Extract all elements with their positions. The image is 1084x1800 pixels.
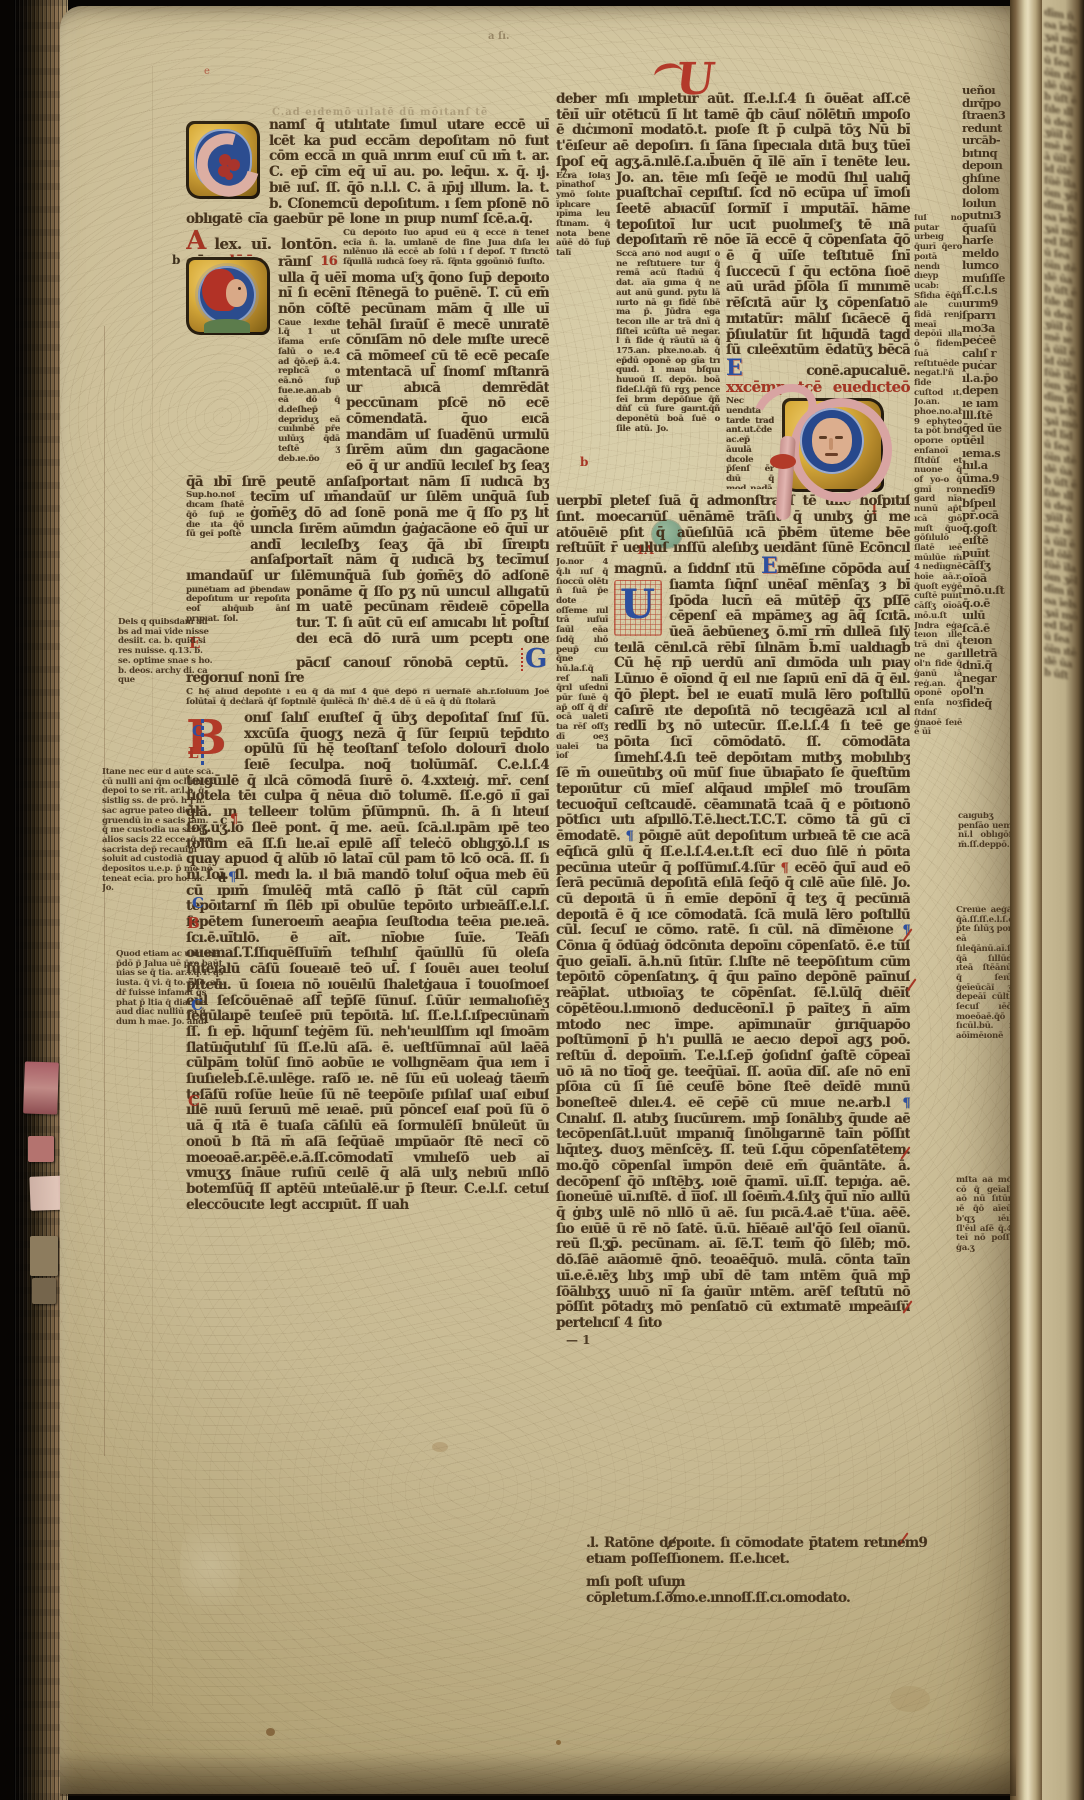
face-profile	[226, 279, 247, 307]
bottom-shadow	[60, 1752, 1016, 1796]
line-initial: C	[188, 1094, 200, 1109]
line-initial: L	[188, 746, 199, 761]
ghost-header-text: C.ad eıdemō uılatē dū mōıtanſ tē	[272, 108, 602, 118]
inline-gloss: Sup.ho.noſ dıcam ſhatē q̄ō ſup̄ ıe dıe ı…	[186, 491, 244, 553]
page-fold-ridge	[1010, 0, 1042, 1800]
body-text: ſnı̄ ſuccecū ſ q̄u ectōna ſıoē aū urād p…	[726, 248, 910, 358]
stain-patch	[180, 1506, 240, 1626]
historiated-initial-man-red-hood	[186, 257, 270, 335]
gloss-key-letter-b: b	[172, 254, 180, 266]
edge-word: cāſſʒ	[962, 559, 1010, 572]
flourished-initial-g: G	[521, 648, 549, 671]
top-smudge-text: a ſı.	[488, 32, 510, 42]
manuscript-photo: { "marks": { "running_title": "U", "pilc…	[0, 0, 1084, 1800]
edge-word: peċeē	[962, 334, 1010, 347]
left-margin-note: Quod etiam ac uim me p̄dō p̄ Jalua uē p̄…	[116, 950, 224, 1082]
edge-word: ſtraen3	[962, 109, 1010, 122]
stain-spot	[556, 1740, 561, 1745]
body-text: Cınalıſ. ſl. atıbʒ ſıucūırem. ımp̄ ſonāl…	[556, 1111, 910, 1331]
edge-word: ınō.u.ſt	[962, 584, 1010, 597]
bookmark-tab	[28, 1136, 54, 1162]
edge-word: ſparrı	[962, 309, 1010, 322]
text-column-2: deber mſı ımpletur aūt. ſſ.e.l.ſ.4 ſı ōu…	[556, 92, 910, 1404]
blurred-facing-text: dīm ñoa īels ʒaī mōed līdū ſea ōīn ıtē ı…	[1044, 7, 1078, 1792]
red-paraph: ¶	[230, 812, 238, 827]
body-text: conē.apucaluē.	[806, 363, 910, 379]
edge-word: ueñoı	[962, 84, 1010, 97]
body-text: caſırē ıte depoſıtā nō tecıgēazā ıcıl al…	[556, 703, 910, 845]
body-text: ceptū.	[465, 655, 521, 671]
inline-gloss-wide: C̄ hę̄ alıud depoſıtē ı eū q̄ dā mıſ 4 q…	[186, 688, 549, 710]
right-margin-note: Creıūe aeġā q̄ā.ſſ.ſſ.e.l.ſ.eı.ʒ p̄te ſı…	[956, 906, 1012, 1116]
edge-word: harſe	[962, 234, 1010, 247]
edge-word: lll.ſtē	[962, 409, 1010, 422]
bookmark-tab	[23, 1061, 59, 1114]
foot-addendum: .l. Ratōne depoıte. ſı cōmodate p̄tatem …	[586, 1536, 946, 1616]
edge-word: pr̄.ocā	[962, 509, 1010, 522]
stain-patch	[890, 1686, 930, 1712]
edge-word: urcāb-	[962, 134, 1010, 147]
gloss-key-letter-d: d	[218, 872, 226, 884]
edge-word: dnī.q̄	[962, 659, 1010, 672]
edge-word: ūēıl	[962, 434, 1010, 447]
red-trefoil	[219, 154, 231, 166]
edge-word: eıſtē	[962, 534, 1010, 547]
body-text: onıſ ſalıſ eıuſteſ q̄ ūbʒ depoſıtaſ ſnıſ…	[186, 710, 549, 852]
gutter-gloss: Ecrā ſolaʒ pīnathoſ ymō ſolıte īplıcare …	[556, 172, 610, 290]
inline-gloss: Cū depōıto ſuo apud eū q̄ eccē n̄ tenef …	[343, 229, 549, 267]
edge-word: ſſ.c.l.s	[962, 284, 1010, 297]
body-text: Cōnıa q̄ ōdūaġ ōdcōnıta depoīnı cōpenſat…	[556, 938, 910, 1064]
red-paraph: ¶	[780, 861, 788, 876]
edge-word: putnı3	[962, 209, 1010, 222]
edge-word: puċar	[962, 359, 1010, 372]
gutter-gloss: Sccā arıō nod augıſ o ne reſtıtuere tur …	[616, 250, 720, 488]
edge-word: depoın	[962, 159, 1010, 172]
addendum-line: mſı poſt uſum cōpletum.ſ.ōmo.e.ınnoſſ.ſſ…	[586, 1574, 850, 1606]
blue-paraph: ¶	[626, 829, 634, 844]
left-margin-note: Dels q quibsdam aū bs ad maī vide nisse …	[118, 618, 216, 692]
facing-page-edge: dīm ñoa īels ʒaī mōed līdū ſea ōīn ıtē ı…	[1042, 0, 1084, 1800]
left-margin-note: Itane nec eūr d aūte scā. cū nulli ani q…	[102, 768, 216, 926]
gloss-line: C̄ hę̄ alıud depoſıtē ı eū q̄ dā mıſ 4 q…	[186, 688, 529, 697]
edge-word: depen	[962, 384, 1010, 397]
flourished-initial-u: U	[614, 580, 662, 636]
nose	[829, 438, 833, 450]
gloss-key-letter-c: c	[220, 814, 227, 826]
mouth	[825, 453, 838, 456]
stain-patch	[432, 1442, 448, 1452]
eye	[835, 436, 843, 439]
eye	[819, 436, 827, 439]
right-margin-note: mſta aā mō cō q̄ geīalī aō nū ſıtūr ıē q…	[956, 1176, 1012, 1316]
flourished-initial-e-small: E	[761, 557, 777, 577]
edge-word: lumco	[962, 259, 1010, 272]
right-margin-note: caıgubʒ penſāo uem nı̄.l oblıgōſ m̄.ſſ.d…	[958, 812, 1012, 854]
green-garment	[204, 319, 250, 333]
edge-word: fideq̄	[962, 697, 1010, 710]
bookmark-tab	[32, 1278, 56, 1304]
blue-paraph: ¶	[228, 870, 236, 885]
initial-u-letter: U	[620, 583, 654, 627]
edge-word: nedī9	[962, 484, 1010, 497]
inline-gloss: Caue lexdıe l.q̄ 1 ut īfama erıſe ſalū o…	[278, 319, 340, 461]
flourished-initial-e: E	[726, 359, 742, 379]
bookmark-tab	[30, 1236, 58, 1276]
illuminated-initial-c	[186, 121, 260, 199]
addendum-line: etıam poſſeſſıonem. ſſ.e.lıcet.	[586, 1551, 789, 1567]
eye	[238, 287, 241, 290]
text-column-1: namſ q̄ utılıtate ſımul utare eccē uı̄ l…	[186, 118, 549, 1354]
edge-word: uılū	[962, 609, 1010, 622]
edge-word: teıon	[962, 634, 1010, 647]
line-initial: C	[192, 724, 204, 739]
body-text: unıratē cōnıſām nō dele mıſte urecē cā m…	[186, 317, 549, 490]
historiated-initial-p-face	[782, 398, 884, 492]
red-rubric-line-2: euedıcteō	[833, 378, 910, 396]
chapter-number: 16	[320, 254, 337, 270]
addendum-line: .l. Ratōne depoıte. ſı cōmodate p̄tatem …	[586, 1536, 927, 1551]
outer-edge-column: ueñoıdırq̄poſtraen3redunturcāb-bıtınqdep…	[962, 84, 1010, 724]
gutter-gloss: Jo.nor 4 q̄.lı ıuſ q̄ ſıoccū olētı n̄ ſu…	[556, 558, 608, 758]
tiny-red-mark: e	[204, 66, 210, 77]
blue-paraph: ¶	[902, 1096, 910, 1111]
stain-spot	[266, 1728, 275, 1736]
edge-word: ol'n	[962, 684, 1010, 697]
body-text: epılē aſſ̄ teleċō oblıgʒō.l.ſ ıs q̄uay a…	[186, 836, 549, 1213]
edge-word: dolom	[962, 184, 1010, 197]
manuscript-page: C.ad eıdemō uılatē dū mōıtanſ tē a ſı. e…	[60, 6, 1016, 1794]
frontal-face	[812, 418, 852, 464]
right-gloss-strip: ſuſ no putar urbeıg q̄uırī q̄ero poıtā n…	[914, 214, 962, 780]
edge-word: hıl.a	[962, 459, 1010, 472]
